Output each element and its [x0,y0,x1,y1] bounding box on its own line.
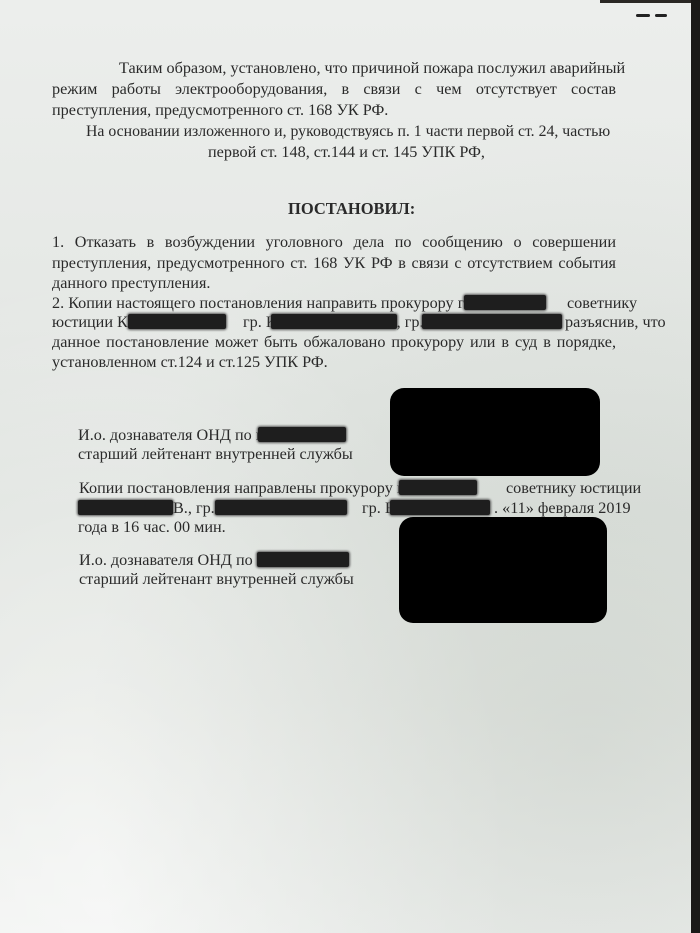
item2-line-2-text-c: , гр. [397,313,424,331]
page-edge-shadow [600,0,691,3]
copies-line-1: Копии постановления направлены прокурору… [79,479,477,498]
copies-line-2-text-b: гр. [196,499,215,517]
resolution-heading: ПОСТАНОВИЛ: [288,199,415,218]
copies-line-3: года в 16 час. 00 мин. [78,518,226,537]
item2-line-4: установленном ст.124 и ст.125 УПК РФ. [52,353,328,372]
signature2-line-1: И.о. дознавателя ОНД по г [79,551,349,570]
copies-line-2-start: В., гр. [78,499,347,518]
page-mark [636,14,670,20]
redaction-box-signature-2 [399,517,607,623]
copies-line-2-mid: гр. Б [362,499,490,518]
conclusion-line-3: преступления, предусмотренного ст. 168 У… [52,101,388,120]
item2-line-1-end: советнику [567,294,637,313]
item2-line-2-start: юстиции К [52,313,226,332]
redaction-blur [258,427,346,442]
conclusion-line-2: режим работы электрооборудования, в связ… [52,80,616,99]
redaction-blur [78,500,173,515]
item2-line-2-mid: гр. К, гр. [243,313,424,332]
conclusion-line-1: Таким образом, установлено, что причиной… [119,59,625,78]
copies-line-2-text-a: В., [173,499,192,517]
basis-line-2: первой ст. 148, ст.144 и ст. 145 УПК РФ, [208,143,485,162]
redaction-blur [464,295,546,310]
signature1-title: И.о. дознавателя ОНД по г [78,426,262,444]
item2-line-1-text: 2. Копии настоящего постановления направ… [52,294,464,312]
copies-line-1-end: советнику юстиции [506,479,641,498]
redaction-blur [128,314,226,329]
item1-line-1: 1. Отказать в возбуждении уголовного дел… [52,233,616,252]
redaction-blur [215,500,347,515]
item2-line-2-redaction [422,313,562,332]
redaction-box-signature-1 [390,388,600,476]
item1-line-3: данного преступления. [52,274,210,293]
redaction-blur [422,314,562,329]
basis-line-1: На основании изложенного и, руководствуя… [86,122,610,141]
copies-line-2-end: . «11» февраля 2019 [494,499,631,518]
signature1-line-2: старший лейтенант внутренней службы [78,445,353,464]
signature2-line-2: старший лейтенант внутренней службы [79,570,354,589]
signature2-title: И.о. дознавателя ОНД по г [79,551,263,569]
redaction-blur [399,480,477,495]
redaction-blur [257,552,349,567]
redaction-blur [390,500,490,515]
item2-line-2-end: разъяснив, что [565,313,666,332]
item2-line-2-text-a: юстиции К [52,313,128,331]
copies-line-1-text: Копии постановления направлены прокурору… [79,479,403,497]
redaction-blur [271,314,397,329]
item2-line-3: данное постановление может быть обжалова… [52,333,616,352]
item1-line-2: преступления, предусмотренного ст. 168 У… [52,254,616,273]
signature1-line-1: И.о. дознавателя ОНД по г [78,426,346,445]
item2-line-1: 2. Копии настоящего постановления направ… [52,294,546,313]
